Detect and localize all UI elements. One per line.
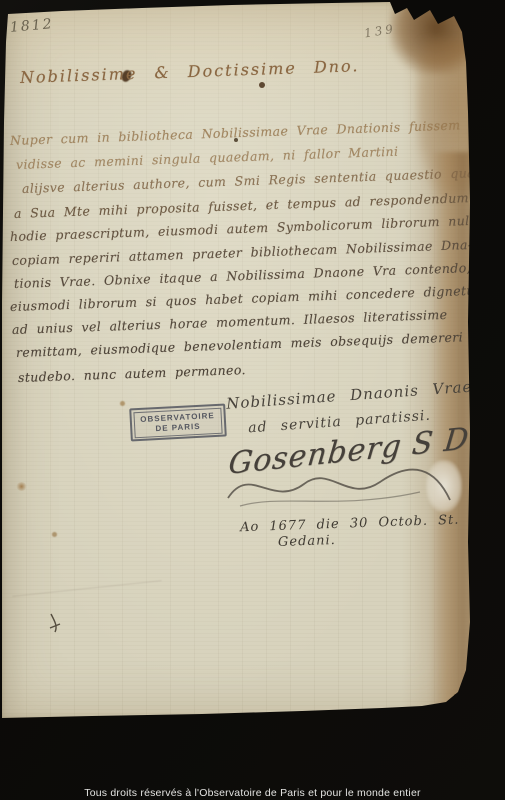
copyright-caption-text: Tous droits réservés à l'Observatoire de… <box>84 787 420 799</box>
signature-flourish <box>220 454 455 516</box>
folio-number-left: 1812 <box>9 16 54 36</box>
letter-salutation: Nobilissime & Doctissime Dno. <box>20 56 360 87</box>
bottom-right-speck <box>446 705 449 708</box>
top-right-burn-stain <box>390 0 474 74</box>
manuscript-scan-viewport: 1812 139 Nobilissime & Doctissime Dno. N… <box>0 0 505 800</box>
left-foxing-spot <box>16 482 27 491</box>
ink-blot-dot <box>259 82 265 88</box>
bottom-right-speck <box>464 702 467 705</box>
observatoire-de-paris-stamp: OBSERVATOIRE DE PARIS <box>129 404 226 442</box>
copyright-caption-bar: Tous droits réservés à l'Observatoire de… <box>0 781 505 800</box>
place-line: Gedani. <box>278 533 336 550</box>
letter-body-line: vidisse ac memini singula quaedam, ni fa… <box>16 144 399 172</box>
stray-ink-mark <box>48 612 62 638</box>
bottom-right-speck <box>454 694 458 698</box>
small-stain-spot <box>120 401 125 406</box>
small-foxing-spot <box>52 532 57 537</box>
letter-body-line: studebo. nunc autem permaneo. <box>18 362 246 385</box>
stamp-inner-border: OBSERVATOIRE DE PARIS <box>133 407 223 438</box>
folio-number-right: 139 <box>363 22 397 41</box>
letter-closing-line: Nobilissimae Dnaonis Vrae. <box>226 377 479 413</box>
manuscript-page: 1812 139 Nobilissime & Doctissime Dno. N… <box>2 2 472 718</box>
paper-crease <box>12 580 161 597</box>
